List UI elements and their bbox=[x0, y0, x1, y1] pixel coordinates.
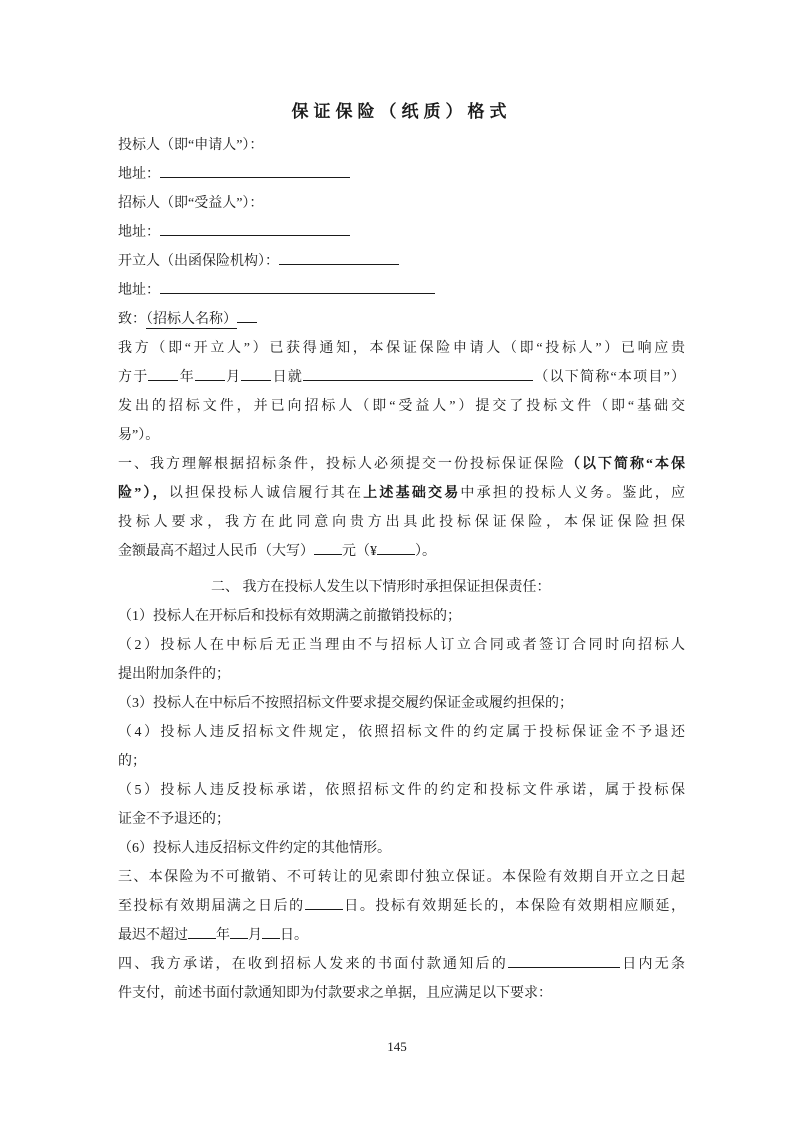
para1-line2: 方于年月日就（以下简称“本项目”） bbox=[118, 363, 685, 392]
text-run: 投标人要求，我方在此同意向贵方出具此投标保证保险，本保证保险担保 bbox=[118, 515, 685, 530]
text-run: 发出的招标文件，并已向招标人（即“受益人”）提交了投标文件（即“基础交 bbox=[118, 399, 685, 414]
blank-fill-line bbox=[279, 250, 399, 265]
document-title: 保证保险（纸质）格式 bbox=[118, 97, 685, 127]
text-run: （4）投标人违反招标文件规定，依照招标文件的约定属于投标保证金不予退还 bbox=[118, 725, 685, 740]
line-tenderee: 招标人（即“受益人”）： bbox=[118, 189, 685, 218]
clause2-item6: （6）投标人违反招标文件约定的其他情形。 bbox=[118, 834, 685, 863]
clause2-item4-line2: 的； bbox=[118, 747, 685, 776]
line-address-3: 地址： bbox=[118, 276, 685, 305]
text-run: 地址： bbox=[118, 167, 160, 182]
clause2-item4-line1: （4）投标人违反招标文件规定，依照招标文件的约定属于投标保证金不予退还 bbox=[118, 718, 685, 747]
text-run: 最迟不超过 bbox=[118, 928, 188, 943]
blank-fill-line bbox=[148, 366, 178, 381]
clause3-line3: 最迟不超过年月日。 bbox=[118, 921, 685, 950]
text-run: 险”）， bbox=[118, 486, 169, 501]
clause2-heading: 二、 我方在投标人发生以下情形时承担保证担保责任： bbox=[211, 573, 685, 602]
text-run: 日内无条 bbox=[620, 957, 685, 972]
blank-fill-line bbox=[262, 924, 280, 939]
text-run: 金额最高不超过人民币（大写） bbox=[118, 544, 314, 559]
clause1-line4: 金额最高不超过人民币（大写）元（¥）。 bbox=[118, 537, 685, 566]
text-run: （6）投标人违反招标文件约定的其他情形。 bbox=[118, 841, 391, 856]
blank-fill-line bbox=[188, 924, 216, 939]
document-body: 投标人（即“申请人”）：地址：招标人（即“受益人”）：地址：开立人（出函保险机构… bbox=[118, 131, 685, 1008]
text-run: 地址： bbox=[118, 283, 160, 298]
line-address-1: 地址： bbox=[118, 160, 685, 189]
para1-line1: 我方（即“开立人”）已获得通知，本保证保险申请人（即“投标人”）已响应贵 bbox=[118, 334, 685, 363]
blank-fill-line bbox=[160, 221, 350, 236]
page-number: 145 bbox=[0, 1038, 794, 1056]
text-run: 致： bbox=[118, 312, 146, 327]
clause1-line2: 险”），以担保投标人诚信履行其在上述基础交易中承担的投标人义务。鉴此，应 bbox=[118, 479, 685, 508]
text-run: 月 bbox=[225, 370, 241, 385]
text-run: 件支付，前述书面付款通知即为付款要求之单据，且应满足以下要求： bbox=[118, 986, 552, 1001]
text-run: 中承担的投标人义务。鉴此，应 bbox=[460, 486, 685, 501]
text-run: 日。投标有效期延长的，本保险有效期相应顺延， bbox=[343, 899, 685, 914]
text-run: 投标人（即“申请人”）： bbox=[118, 138, 263, 153]
text-run: 我方（即“开立人”）已获得通知，本保证保险申请人（即“投标人”）已响应贵 bbox=[118, 341, 685, 356]
text-run: （以下简称“本项目”） bbox=[533, 370, 685, 385]
text-run: 日就 bbox=[271, 370, 303, 385]
text-run: 开立人（出函保险机构）： bbox=[118, 254, 279, 269]
text-run: 上述基础交易 bbox=[363, 486, 460, 501]
text-run: 月 bbox=[248, 928, 262, 943]
clause4-line1: 四、我方承诺，在收到招标人发来的书面付款通知后的日内无条 bbox=[118, 950, 685, 979]
blank-fill-line bbox=[377, 540, 415, 555]
text-run: ）。 bbox=[415, 544, 436, 559]
text-run: 易”）。 bbox=[118, 428, 159, 443]
text-run: （5）投标人违反投标承诺，依照招标文件的约定和投标文件承诺，属于投标保 bbox=[118, 783, 685, 798]
text-run: 提出附加条件的； bbox=[118, 667, 230, 682]
blank-fill-line bbox=[230, 924, 248, 939]
text-run: 招标人（即“受益人”）： bbox=[118, 196, 263, 211]
text-run: 证金不予退还的； bbox=[118, 812, 230, 827]
clause2-item1: （1）投标人在开标后和投标有效期满之前撤销投标的； bbox=[118, 602, 685, 631]
text-run: 以担保投标人诚信履行其在 bbox=[169, 486, 363, 501]
text-run: （以下简称“本保 bbox=[566, 457, 685, 472]
para1-line3: 发出的招标文件，并已向招标人（即“受益人”）提交了投标文件（即“基础交 bbox=[118, 392, 685, 421]
line-addressee: 致：（招标人名称） bbox=[118, 305, 685, 334]
blank-fill-line bbox=[160, 163, 350, 178]
document-page: 保证保险（纸质）格式 投标人（即“申请人”）：地址：招标人（即“受益人”）：地址… bbox=[0, 0, 794, 1122]
blank-fill-line bbox=[160, 279, 435, 294]
text-run: 地址： bbox=[118, 225, 160, 240]
text-run: （1）投标人在开标后和投标有效期满之前撤销投标的； bbox=[118, 609, 461, 624]
clause2-item3: （3）投标人在中标后不按照招标文件要求提交履约保证金或履约担保的； bbox=[118, 689, 685, 718]
text-run: （2）投标人在中标后无正当理由不与招标人订立合同或者签订合同时向招标人 bbox=[118, 638, 685, 653]
blank-fill-line bbox=[303, 366, 533, 381]
text-run: 三、本保险为不可撤销、不可转让的见索即付独立保证。本保险有效期自开立之日起 bbox=[118, 870, 685, 885]
clause2-item2-line2: 提出附加条件的； bbox=[118, 660, 685, 689]
text-run: 二、 我方在投标人发生以下情形时承担保证担保责任： bbox=[211, 580, 551, 595]
text-run: 方于 bbox=[118, 370, 148, 385]
blank-fill-line bbox=[305, 895, 343, 910]
line-bidder: 投标人（即“申请人”）： bbox=[118, 131, 685, 160]
clause2-item5-line1: （5）投标人违反投标承诺，依照招标文件的约定和投标文件承诺，属于投标保 bbox=[118, 776, 685, 805]
clause1-line1: 一、我方理解根据招标条件，投标人必须提交一份投标保证保险（以下简称“本保 bbox=[118, 450, 685, 479]
para1-line4: 易”）。 bbox=[118, 421, 685, 450]
clause1-line3: 投标人要求，我方在此同意向贵方出具此投标保证保险，本保证保险担保 bbox=[118, 508, 685, 537]
blank-fill-line bbox=[237, 308, 257, 323]
text-run: （3）投标人在中标后不按照招标文件要求提交履约保证金或履约担保的； bbox=[118, 696, 573, 711]
text-run: 的； bbox=[118, 754, 146, 769]
text-run: 年 bbox=[216, 928, 230, 943]
blank-fill-line bbox=[508, 953, 620, 968]
text-run: 元（¥ bbox=[342, 544, 377, 559]
text-run: 四、我方承诺，在收到招标人发来的书面付款通知后的 bbox=[118, 957, 508, 972]
line-issuer: 开立人（出函保险机构）： bbox=[118, 247, 685, 276]
text-run: 日。 bbox=[280, 928, 308, 943]
clause3-line1: 三、本保险为不可撤销、不可转让的见索即付独立保证。本保险有效期自开立之日起 bbox=[118, 863, 685, 892]
text-run: 一、我方理解根据招标条件，投标人必须提交一份投标保证保险 bbox=[118, 457, 566, 472]
text-run: 至投标有效期届满之日后的 bbox=[118, 899, 305, 914]
blank-fill-line bbox=[314, 540, 342, 555]
clause3-line2: 至投标有效期届满之日后的日。投标有效期延长的，本保险有效期相应顺延， bbox=[118, 892, 685, 921]
line-address-2: 地址： bbox=[118, 218, 685, 247]
blank-fill-line bbox=[241, 366, 271, 381]
clause4-line2: 件支付，前述书面付款通知即为付款要求之单据，且应满足以下要求： bbox=[118, 979, 685, 1008]
text-run: （招标人名称） bbox=[146, 312, 237, 329]
blank-fill-line bbox=[195, 366, 225, 381]
clause2-item2-line1: （2）投标人在中标后无正当理由不与招标人订立合同或者签订合同时向招标人 bbox=[118, 631, 685, 660]
text-run: 年 bbox=[178, 370, 194, 385]
clause2-item5-line2: 证金不予退还的； bbox=[118, 805, 685, 834]
